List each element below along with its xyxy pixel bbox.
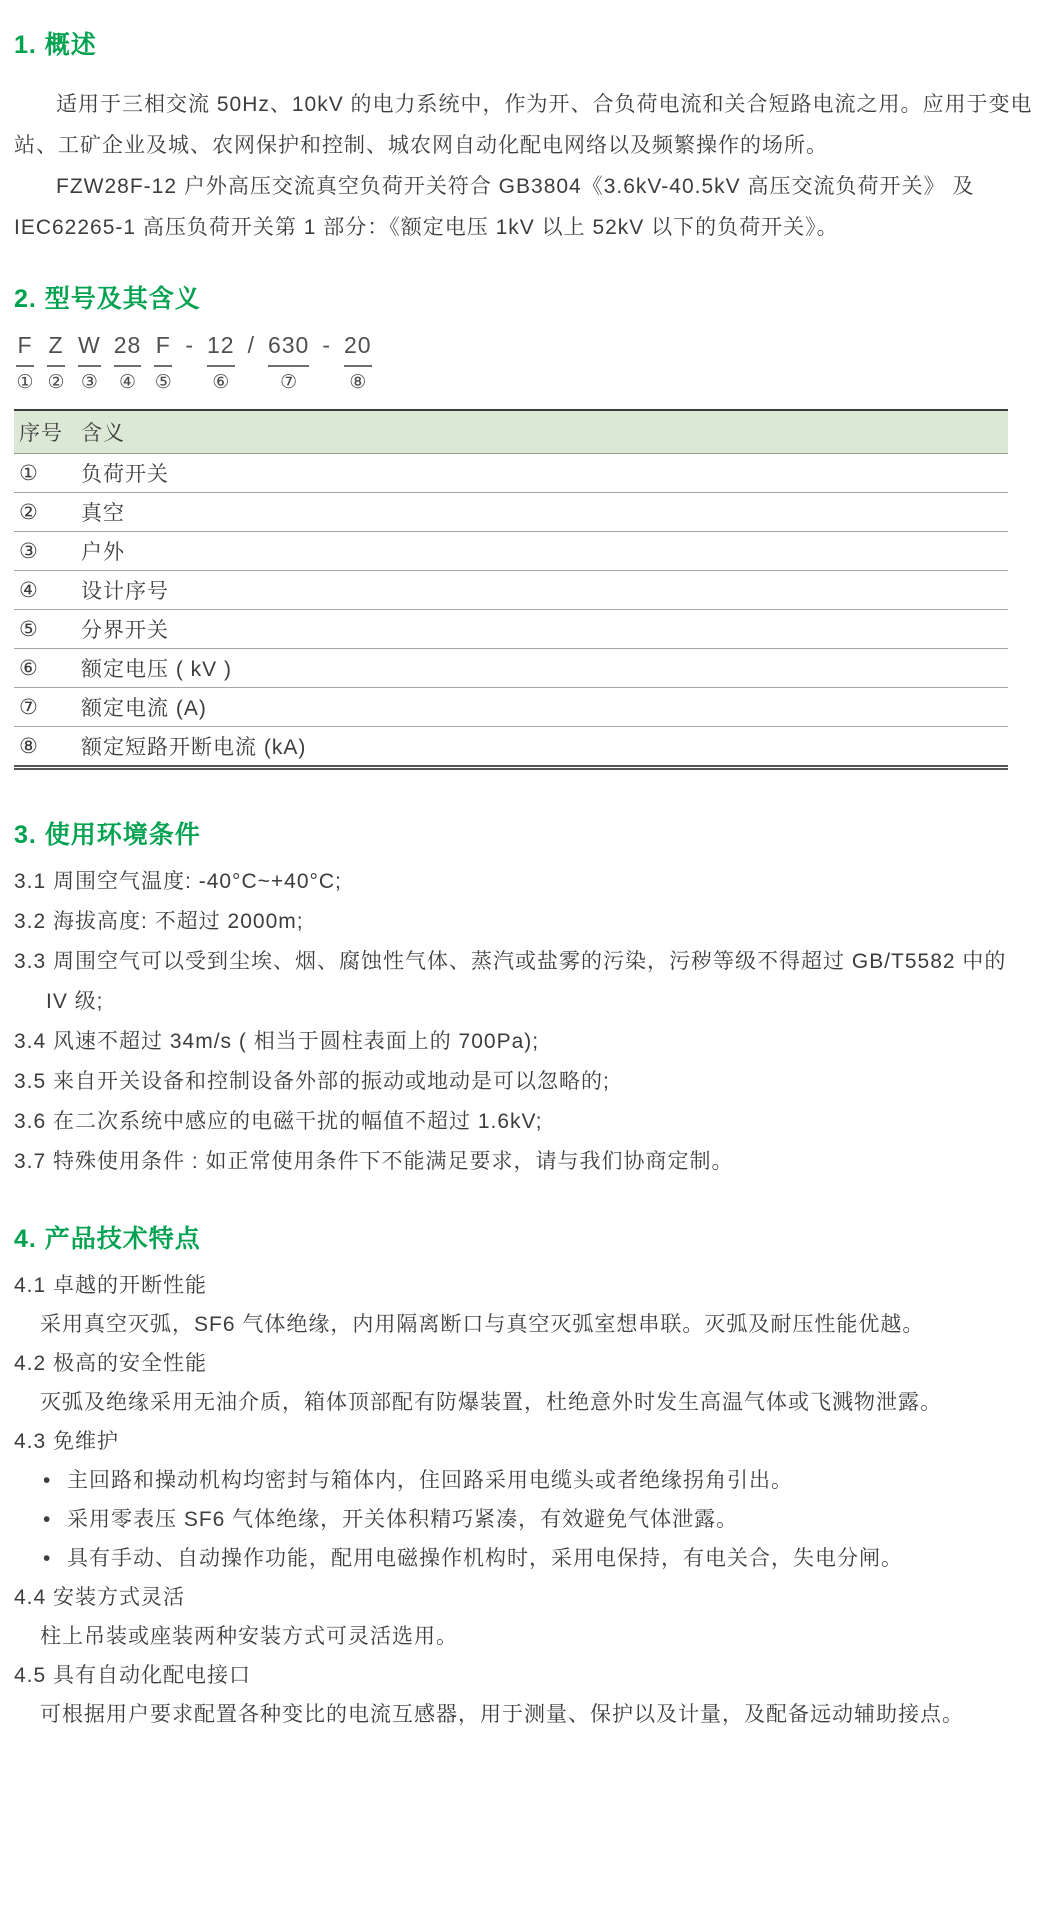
overview-paragraph-2: FZW28F-12 户外高压交流真空负荷开关符合 GB3804《3.6kV-40… [14, 166, 1047, 248]
segment-text: Z [48, 332, 63, 358]
model-segment: W ③ [78, 332, 101, 393]
feature-list: 4.1 卓越的开断性能 采用真空灭弧，SF6 气体绝缘，内用隔离断口与真空灭弧室… [14, 1266, 1047, 1734]
model-segment: Z ② [47, 332, 65, 393]
col-header-meaning: 含义 [81, 417, 1008, 447]
model-code: F ① Z ② W ③ 28 ④ F ⑤ [16, 332, 1047, 393]
segment-text: F [156, 332, 171, 358]
section-4-title: 4. 产品技术特点 [14, 1224, 1047, 1254]
row-index-cell: ④ [14, 578, 81, 603]
clause-list: 3.1 周围空气温度: -40°C~+40°C; 3.2 海拔高度: 不超过 2… [14, 862, 1047, 1182]
section-overview: 1. 概述 适用于三相交流 50Hz、10kV 的电力系统中，作为开、合负荷电流… [14, 30, 1047, 248]
table-row: ⑥ 额定电压 ( kV ) [14, 649, 1008, 688]
segment-text: 630 [268, 332, 309, 358]
segment-number: ⑤ [155, 373, 172, 393]
overview-paragraph-1: 适用于三相交流 50Hz、10kV 的电力系统中，作为开、合负荷电流和关合短路电… [14, 84, 1047, 166]
clause-line: 3.6 在二次系统中感应的电磁干扰的幅值不超过 1.6kV; [14, 1102, 1047, 1142]
feature-head: 4.4 安装方式灵活 [14, 1578, 1047, 1617]
segment-underline [207, 365, 235, 367]
row-meaning-cell: 真空 [81, 497, 1008, 527]
segment-text: 20 [344, 332, 372, 358]
row-index-cell: ⑤ [14, 617, 81, 642]
section-features: 4. 产品技术特点 4.1 卓越的开断性能 采用真空灭弧，SF6 气体绝缘，内用… [14, 1224, 1047, 1734]
section-2-title: 2. 型号及其含义 [14, 284, 1047, 314]
row-meaning-cell: 负荷开关 [81, 458, 1008, 488]
model-segment: 12 ⑥ [207, 332, 235, 393]
table-row: ⑦ 额定电流 (A) [14, 688, 1008, 727]
segment-underline [114, 365, 142, 367]
bullet-glyph: • [43, 1500, 67, 1539]
bullet-text: 主回路和操动机构均密封与箱体内，住回路采用电缆头或者绝缘拐角引出。 [67, 1461, 793, 1500]
document-page: 1. 概述 适用于三相交流 50Hz、10kV 的电力系统中，作为开、合负荷电流… [0, 0, 1061, 1734]
table-row: ⑤ 分界开关 [14, 610, 1008, 649]
section-model-meaning: 2. 型号及其含义 F ① Z ② W ③ 28 ④ [14, 284, 1047, 770]
segment-number: ③ [81, 373, 98, 393]
segment-text: W [78, 332, 101, 358]
table-row: ⑧ 额定短路开断电流 (kA) [14, 727, 1008, 765]
section-environment: 3. 使用环境条件 3.1 周围空气温度: -40°C~+40°C; 3.2 海… [14, 820, 1047, 1182]
clause-line: 3.5 来自开关设备和控制设备外部的振动或地动是可以忽略的; [14, 1062, 1047, 1102]
segment-text: / [248, 332, 255, 358]
bullet-item: • 主回路和操动机构均密封与箱体内，住回路采用电缆头或者绝缘拐角引出。 [14, 1461, 1047, 1500]
clause-line-continuation: IV 级; [14, 982, 1047, 1022]
segment-number: ① [16, 373, 33, 393]
model-separator: / [248, 332, 255, 393]
feature-paragraph: 柱上吊装或座装两种安装方式可灵活选用。 [14, 1617, 1047, 1656]
segment-number: ④ [119, 373, 136, 393]
col-header-index: 序号 [14, 417, 81, 447]
row-index-cell: ⑧ [14, 734, 81, 759]
model-separator: - [322, 332, 331, 393]
model-segment: 28 ④ [114, 332, 142, 393]
row-meaning-cell: 额定电流 (A) [81, 692, 1008, 722]
table-header-row: 序号 含义 [14, 411, 1008, 454]
segment-number: ⑥ [212, 373, 229, 393]
table-row: ③ 户外 [14, 532, 1008, 571]
segment-underline [154, 365, 172, 367]
section-3-title: 3. 使用环境条件 [14, 820, 1047, 850]
segment-text: 28 [114, 332, 142, 358]
bullet-glyph: • [43, 1539, 67, 1578]
row-index-cell: ① [14, 461, 81, 486]
segment-underline [344, 365, 372, 367]
row-index-cell: ③ [14, 539, 81, 564]
segment-text: - [322, 332, 331, 358]
bullet-item: • 具有手动、自动操作功能，配用电磁操作机构时，采用电保持，有电关合，失电分闸。 [14, 1539, 1047, 1578]
row-index-cell: ⑥ [14, 656, 81, 681]
feature-head: 4.5 具有自动化配电接口 [14, 1656, 1047, 1695]
model-segment: F ① [16, 332, 34, 393]
model-segment: 630 ⑦ [268, 332, 309, 393]
clause-line: 3.1 周围空气温度: -40°C~+40°C; [14, 862, 1047, 902]
row-meaning-cell: 户外 [81, 536, 1008, 566]
model-separator: - [185, 332, 194, 393]
bullet-text: 采用零表压 SF6 气体绝缘，开关体积精巧紧凑，有效避免气体泄露。 [67, 1500, 738, 1539]
bullet-text: 具有手动、自动操作功能，配用电磁操作机构时，采用电保持，有电关合，失电分闸。 [67, 1539, 903, 1578]
segment-number: ⑧ [349, 373, 366, 393]
model-meaning-table: 序号 含义 ① 负荷开关 ② 真空 ③ 户外 ④ 设计序号 ⑤ 分界开关 [14, 409, 1008, 770]
table-row: ④ 设计序号 [14, 571, 1008, 610]
feature-head: 4.3 免维护 [14, 1422, 1047, 1461]
row-index-cell: ② [14, 500, 81, 525]
row-meaning-cell: 分界开关 [81, 614, 1008, 644]
segment-underline [16, 365, 34, 367]
clause-line: 3.2 海拔高度: 不超过 2000m; [14, 902, 1047, 942]
clause-line: 3.7 特殊使用条件 : 如正常使用条件下不能满足要求，请与我们协商定制。 [14, 1142, 1047, 1182]
section-1-title: 1. 概述 [14, 30, 1047, 60]
feature-paragraph: 采用真空灭弧，SF6 气体绝缘，内用隔离断口与真空灭弧室想串联。灭弧及耐压性能优… [14, 1305, 1047, 1344]
feature-head: 4.1 卓越的开断性能 [14, 1266, 1047, 1305]
segment-underline [47, 365, 65, 367]
segment-underline [78, 365, 101, 367]
segment-text: - [185, 332, 194, 358]
segment-text: 12 [207, 332, 235, 358]
feature-paragraph: 可根据用户要求配置各种变比的电流互感器，用于测量、保护以及计量，及配备远动辅助接… [14, 1695, 1047, 1734]
model-segment: F ⑤ [154, 332, 172, 393]
clause-line: 3.3 周围空气可以受到尘埃、烟、腐蚀性气体、蒸汽或盐雾的污染，污秽等级不得超过… [14, 942, 1047, 982]
bullet-item: • 采用零表压 SF6 气体绝缘，开关体积精巧紧凑，有效避免气体泄露。 [14, 1500, 1047, 1539]
table-row: ② 真空 [14, 493, 1008, 532]
row-index-cell: ⑦ [14, 695, 81, 720]
segment-number: ② [47, 373, 64, 393]
row-meaning-cell: 额定电压 ( kV ) [81, 653, 1008, 683]
row-meaning-cell: 额定短路开断电流 (kA) [81, 731, 1008, 761]
feature-head: 4.2 极高的安全性能 [14, 1344, 1047, 1383]
clause-line: 3.4 风速不超过 34m/s ( 相当于圆柱表面上的 700Pa); [14, 1022, 1047, 1062]
feature-paragraph: 灭弧及绝缘采用无油介质，箱体顶部配有防爆装置，杜绝意外时发生高温气体或飞溅物泄露… [14, 1383, 1047, 1422]
segment-text: F [17, 332, 32, 358]
segment-number: ⑦ [280, 373, 297, 393]
table-row: ① 负荷开关 [14, 454, 1008, 493]
model-segment: 20 ⑧ [344, 332, 372, 393]
segment-underline [268, 365, 309, 367]
row-meaning-cell: 设计序号 [81, 575, 1008, 605]
bullet-glyph: • [43, 1461, 67, 1500]
